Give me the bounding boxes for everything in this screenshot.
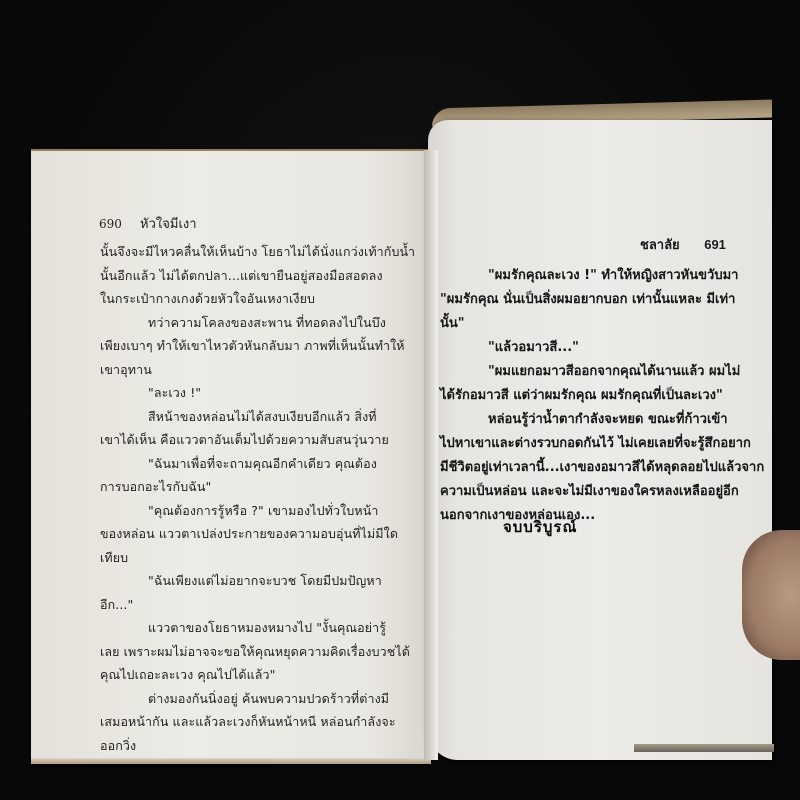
text-line: นอกจากเงาของหล่อนเอง... [440,504,745,528]
book-gutter [424,150,438,760]
end-of-story-mark: จบบริบูรณ์ [503,515,577,539]
text-line: "คุณต้องการรู้หรือ ?" เขามองไปทั่วใบหน้า [100,499,400,523]
text-line: "ผมแยกอมาวสีออกจากคุณได้นานแล้ว ผมไม่ [440,360,745,384]
text-line: เพียงเบาๆ ทำให้เขาไหวตัวหันกลับมา ภาพที่… [100,334,400,358]
text-line: "ผมรักคุณ นั่นเป็นสิ่งผมอยากบอก เท่านั้น… [440,288,745,312]
text-line: เขาได้เห็น คือแววตาอันเต็มไปด้วยความสับส… [100,428,400,452]
holding-thumb [742,530,800,660]
text-line: เลย เพราะผมไม่อาจจะขอให้คุณหยุดความคิดเร… [100,640,400,664]
text-line: ทว่าความโคลงของสะพาน ที่ทอดลงไปในบึง [100,311,400,335]
text-line: ความเป็นหล่อน และจะไม่มีเงาของใครหลงเหลื… [440,480,745,504]
text-line: การบอกอะไรกับฉัน" [100,475,400,499]
left-page-header: 690 หัวใจมีเงา [99,213,197,234]
text-line: หล่อนรู้ว่าน้ำตากำลังจะหยด ขณะที่ก้าวเข้… [440,408,745,432]
text-line: สีหน้าของหล่อนไม่ได้สงบเงียบอีกแล้ว สิ่ง… [100,405,400,429]
page-block-bottom-edge [634,744,774,752]
left-running-title: หัวใจมีเงา [140,217,197,232]
text-line: นั้น" [440,312,745,336]
text-line: เทียบ [100,546,400,570]
text-line: ของหล่อน แววตาเปล่งประกายของความอบอุ่นที… [100,522,400,546]
text-line: คุณไปเถอะละเวง คุณไปได้แล้ว" [100,663,400,687]
text-line: อีก..." [100,593,400,617]
text-line: ไปหาเขาและต่างรวบกอดกันไว้ ไม่เคยเลยที่จ… [440,432,745,456]
right-running-title: ชลาลัย [640,238,680,253]
text-line: "แล้วอมาวสี..." [440,336,745,360]
text-line: "ฉันเพียงแต่ไม่อยากจะบวช โดยมีปมปัญหา [100,569,400,593]
text-line: เสมอหน้ากัน และแล้วละเวงก็หันหน้าหนี หล่… [100,710,400,734]
text-line: ต่างมองกันนิ่งอยู่ ค้นพบความปวดร้าวที่ต่… [100,687,400,711]
text-line: มีชีวิตอยู่เท่าเวลานี้...เงาของอมาวสีได้… [440,456,745,480]
text-line: ในกระเป๋ากางเกงด้วยหัวใจอันเหงาเงียบ [100,287,400,311]
left-page-number: 690 [99,217,122,231]
text-line: "ฉันมาเพื่อที่จะถามคุณอีกคำเดียว คุณต้อง [100,452,400,476]
text-line: นั้นอีกแล้ว ไม่ได้ตกปลา...แต่เขายืนอยู่ส… [100,264,400,288]
text-line: ได้รักอมาวสี แต่ว่าผมรักคุณ ผมรักคุณที่เ… [440,384,745,408]
text-line: "ละเวง !" [100,381,400,405]
right-page-header: ชลาลัย 691 [640,234,726,255]
text-line: นั้นจึงจะมีไหวคลื่นให้เห็นบ้าง โยธาไม่ได… [100,240,400,264]
right-page-number: 691 [704,237,726,252]
right-page-body: "ผมรักคุณละเวง !" ทำให้หญิงสาวหันขวับมา … [440,264,745,528]
text-line: ออกวิ่ง [100,734,400,758]
left-page-body: นั้นจึงจะมีไหวคลื่นให้เห็นบ้าง โยธาไม่ได… [100,240,400,757]
text-line: "ผมรักคุณละเวง !" ทำให้หญิงสาวหันขวับมา [440,264,745,288]
text-line: เขาอุทาน [100,358,400,382]
text-line: แววตาของโยธาหมองหมางไป "งั้นคุณอย่ารู้ [100,616,400,640]
